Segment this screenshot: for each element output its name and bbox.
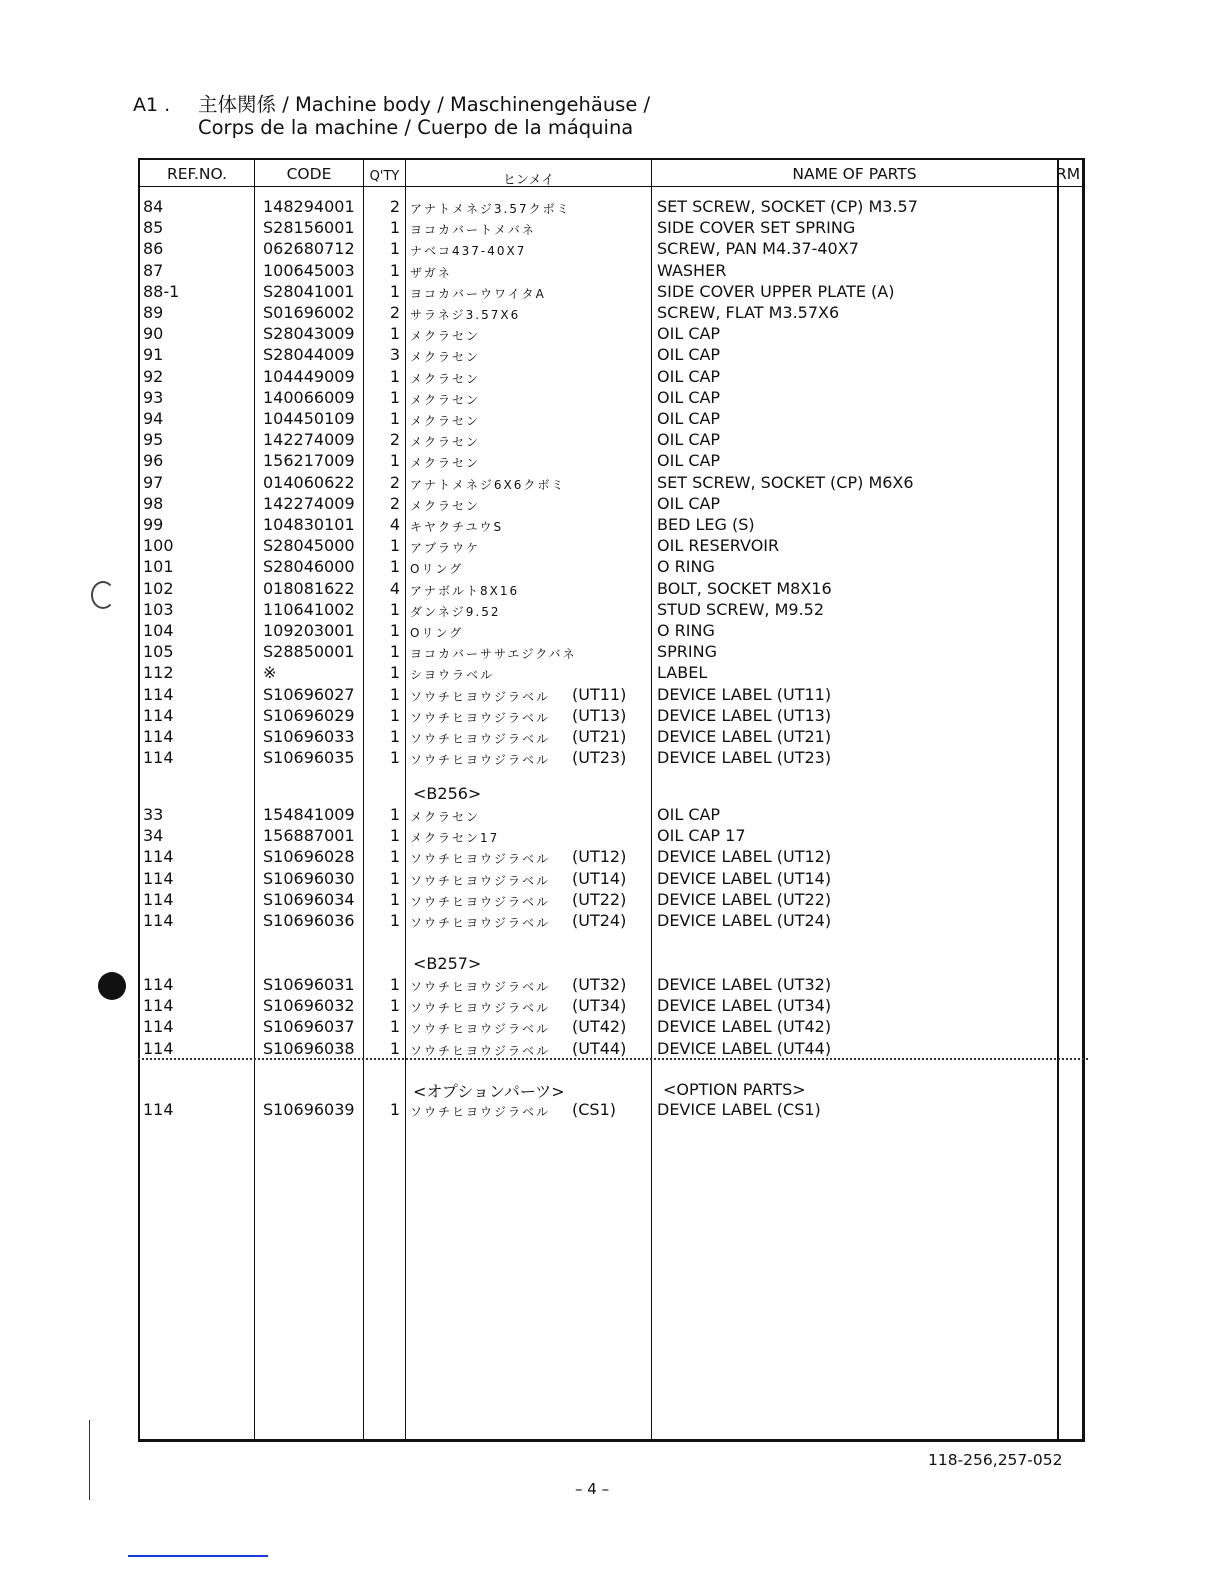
ref-no-cell: 101 — [143, 557, 174, 576]
part-name-cell: SET SCREW, SOCKET (CP) M3.57 — [657, 197, 918, 216]
kana-name-cell: キヤクチユウS — [410, 518, 503, 535]
ref-no-cell: 90 — [143, 324, 163, 343]
part-name-cell: DEVICE LABEL (CS1) — [657, 1100, 821, 1119]
kana-name-cell: ダンネジ9.52 — [410, 603, 500, 620]
kana-name-cell: ソウチヒヨウジラベル(CS1) — [410, 1103, 550, 1120]
code-cell: S28046000 — [263, 557, 355, 576]
code-cell: 140066009 — [263, 388, 355, 407]
part-name-cell: SIDE COVER UPPER PLATE (A) — [657, 282, 894, 301]
qty-cell: 1 — [366, 975, 400, 994]
code-cell: 142274009 — [263, 494, 355, 513]
model-suffix: (UT13) — [572, 706, 626, 725]
code-cell: S10696028 — [263, 847, 355, 866]
ref-no-cell: 89 — [143, 303, 163, 322]
ref-no-cell: 114 — [143, 1039, 174, 1058]
dotted-separator — [138, 1058, 1088, 1060]
qty-cell: 3 — [366, 345, 400, 364]
qty-cell: 1 — [366, 685, 400, 704]
ref-no-cell: 95 — [143, 430, 163, 449]
model-suffix: (UT11) — [572, 685, 626, 704]
header-rm: RM — [1056, 165, 1086, 183]
section-label-option: <オプションパーツ> — [413, 1079, 565, 1102]
code-cell: S10696034 — [263, 890, 355, 909]
kana-name-cell: シヨウラベル — [410, 666, 494, 683]
column-divider — [651, 158, 652, 1442]
part-name-cell: SIDE COVER SET SPRING — [657, 218, 855, 237]
model-suffix: (UT34) — [572, 996, 626, 1015]
code-cell: 142274009 — [263, 430, 355, 449]
model-suffix: (UT12) — [572, 847, 626, 866]
ref-no-cell: 85 — [143, 218, 163, 237]
qty-cell: 1 — [366, 911, 400, 930]
qty-cell: 1 — [366, 621, 400, 640]
part-name-cell: OIL CAP — [657, 345, 720, 364]
part-name-cell: OIL CAP — [657, 324, 720, 343]
part-name-cell: OIL CAP — [657, 430, 720, 449]
part-name-cell: O RING — [657, 621, 715, 640]
code-cell: 014060622 — [263, 473, 355, 492]
part-name-cell: DEVICE LABEL (UT22) — [657, 890, 831, 909]
ref-no-cell: 92 — [143, 367, 163, 386]
kana-name-cell: メクラセン — [410, 808, 480, 825]
kana-name-cell: ソウチヒヨウジラベル(UT11) — [410, 688, 550, 705]
kana-name-cell: サラネジ3.57X6 — [410, 306, 520, 323]
ref-no-cell: 33 — [143, 805, 163, 824]
qty-cell: 1 — [366, 451, 400, 470]
kana-name-cell: ソウチヒヨウジラベル(UT32) — [410, 978, 550, 995]
margin-line — [89, 1420, 90, 1500]
ref-no-cell: 34 — [143, 826, 163, 845]
kana-name-cell: ソウチヒヨウジラベル(UT12) — [410, 850, 550, 867]
model-suffix: (UT21) — [572, 727, 626, 746]
rm-column — [1057, 158, 1085, 1442]
header-ref-no: REF.NO. — [140, 165, 254, 183]
qty-cell: 1 — [366, 642, 400, 661]
qty-cell: 1 — [366, 826, 400, 845]
code-cell: S01696002 — [263, 303, 355, 322]
part-name-cell: BED LEG (S) — [657, 515, 755, 534]
part-name-cell: DEVICE LABEL (UT14) — [657, 869, 831, 888]
part-name-cell: SPRING — [657, 642, 717, 661]
ref-no-cell: 84 — [143, 197, 163, 216]
column-divider — [363, 158, 364, 1442]
code-cell: 104830101 — [263, 515, 355, 534]
kana-name-cell: ナベコ437-40X7 — [410, 242, 526, 259]
part-name-cell: DEVICE LABEL (UT12) — [657, 847, 831, 866]
header-kana: ヒンメイ — [406, 169, 651, 188]
header-qty: Q'TY — [364, 169, 405, 184]
code-cell: 109203001 — [263, 621, 355, 640]
qty-cell: 1 — [366, 367, 400, 386]
qty-cell: 1 — [366, 409, 400, 428]
qty-cell: 1 — [366, 239, 400, 258]
kana-name-cell: ソウチヒヨウジラベル(UT44) — [410, 1042, 550, 1059]
code-cell: 100645003 — [263, 261, 355, 280]
ref-no-cell: 103 — [143, 600, 174, 619]
kana-name-cell: ソウチヒヨウジラベル(UT42) — [410, 1020, 550, 1037]
code-cell: S10696037 — [263, 1017, 355, 1036]
code-cell: S10696035 — [263, 748, 355, 767]
code-cell: S28045000 — [263, 536, 355, 555]
ref-no-cell: 104 — [143, 621, 174, 640]
qty-cell: 4 — [366, 515, 400, 534]
kana-name-cell: ソウチヒヨウジラベル(UT21) — [410, 730, 550, 747]
part-name-cell: OIL CAP — [657, 494, 720, 513]
ref-no-cell: 87 — [143, 261, 163, 280]
ref-no-cell: 93 — [143, 388, 163, 407]
section-label-b256: <B256> — [413, 784, 481, 803]
kana-name-cell: メクラセン — [410, 433, 480, 450]
qty-cell: 1 — [366, 600, 400, 619]
code-cell: 154841009 — [263, 805, 355, 824]
qty-cell: 1 — [366, 388, 400, 407]
part-name-cell: DEVICE LABEL (UT34) — [657, 996, 831, 1015]
code-cell: S28041001 — [263, 282, 355, 301]
kana-name-cell: ソウチヒヨウジラベル(UT14) — [410, 872, 550, 889]
scan-edge-line — [128, 1555, 268, 1557]
kana-name-cell: アナトメネジ3.57クボミ — [410, 200, 571, 217]
kana-name-cell: メクラセン — [410, 327, 480, 344]
part-name-cell: SCREW, FLAT M3.57X6 — [657, 303, 839, 322]
code-cell: 148294001 — [263, 197, 355, 216]
qty-cell: 1 — [366, 847, 400, 866]
column-divider — [254, 158, 255, 1442]
qty-cell: 1 — [366, 261, 400, 280]
qty-cell: 1 — [366, 869, 400, 888]
ref-no-cell: 114 — [143, 847, 174, 866]
code-cell: S10696029 — [263, 706, 355, 725]
ref-no-cell: 114 — [143, 996, 174, 1015]
part-name-cell: DEVICE LABEL (UT24) — [657, 911, 831, 930]
model-suffix: (UT44) — [572, 1039, 626, 1058]
part-name-cell: LABEL — [657, 663, 707, 682]
part-name-cell: DEVICE LABEL (UT23) — [657, 748, 831, 767]
kana-name-cell: ヨコカバートメバネ — [410, 221, 536, 238]
code-cell: S10696030 — [263, 869, 355, 888]
kana-name-cell: メクラセン — [410, 412, 480, 429]
qty-cell: 1 — [366, 1017, 400, 1036]
code-cell: 156217009 — [263, 451, 355, 470]
kana-name-cell: ヨコカバーササエジクバネ — [410, 645, 577, 662]
kana-name-cell: メクラセン17 — [410, 829, 499, 846]
page-title-line-2: Corps de la machine / Cuerpo de la máqui… — [198, 116, 633, 139]
ref-no-cell: 97 — [143, 473, 163, 492]
model-suffix: (UT22) — [572, 890, 626, 909]
qty-cell: 1 — [366, 748, 400, 767]
binder-hole-icon — [91, 581, 115, 609]
qty-cell: 1 — [366, 805, 400, 824]
part-name-cell: OIL CAP — [657, 409, 720, 428]
kana-name-cell: メクラセン — [410, 454, 480, 471]
page-title-line-1: 主体関係 / Machine body / Maschinengehäuse / — [198, 89, 650, 117]
ref-no-cell: 114 — [143, 685, 174, 704]
qty-cell: 4 — [366, 579, 400, 598]
page-number: – 4 – — [575, 1480, 609, 1498]
code-cell: S28850001 — [263, 642, 355, 661]
header-name-of-parts: NAME OF PARTS — [652, 165, 1057, 183]
section-label-b257: <B257> — [413, 954, 481, 973]
qty-cell: 1 — [366, 324, 400, 343]
code-cell: 062680712 — [263, 239, 355, 258]
document-code: 118-256,257-052 — [928, 1451, 1062, 1469]
qty-cell: 1 — [366, 890, 400, 909]
part-name-cell: DEVICE LABEL (UT13) — [657, 706, 831, 725]
model-suffix: (UT42) — [572, 1017, 626, 1036]
kana-name-cell: メクラセン — [410, 348, 480, 365]
qty-cell: 1 — [366, 706, 400, 725]
qty-cell: 1 — [366, 1100, 400, 1119]
code-cell: 156887001 — [263, 826, 355, 845]
kana-name-cell: ソウチヒヨウジラベル(UT23) — [410, 751, 550, 768]
kana-name-cell: ヨコカバーウワイタA — [410, 285, 546, 302]
qty-cell: 2 — [366, 303, 400, 322]
code-cell: 104450109 — [263, 409, 355, 428]
code-cell: S28156001 — [263, 218, 355, 237]
code-cell: S10696036 — [263, 911, 355, 930]
code-cell: 104449009 — [263, 367, 355, 386]
part-name-cell: STUD SCREW, M9.52 — [657, 600, 824, 619]
ref-no-cell: 96 — [143, 451, 163, 470]
kana-name-cell: メクラセン — [410, 370, 480, 387]
kana-name-cell: Oリング — [410, 624, 463, 641]
kana-name-cell: ソウチヒヨウジラベル(UT13) — [410, 709, 550, 726]
qty-cell: 1 — [366, 663, 400, 682]
code-cell: S10696038 — [263, 1039, 355, 1058]
qty-cell: 1 — [366, 218, 400, 237]
model-suffix: (UT23) — [572, 748, 626, 767]
code-cell: ※ — [263, 663, 276, 682]
qty-cell: 2 — [366, 494, 400, 513]
code-cell: S10696039 — [263, 1100, 355, 1119]
part-name-cell: O RING — [657, 557, 715, 576]
part-name-cell: SET SCREW, SOCKET (CP) M6X6 — [657, 473, 914, 492]
kana-name-cell: Oリング — [410, 560, 463, 577]
kana-name-cell: メクラセン — [410, 497, 480, 514]
qty-cell: 1 — [366, 282, 400, 301]
part-name-cell: BOLT, SOCKET M8X16 — [657, 579, 832, 598]
ref-no-cell: 114 — [143, 869, 174, 888]
part-name-cell: OIL CAP — [657, 805, 720, 824]
kana-name-cell: アナボルト8X16 — [410, 582, 519, 599]
model-suffix: (UT32) — [572, 975, 626, 994]
part-name-cell: WASHER — [657, 261, 726, 280]
code-cell: S28044009 — [263, 345, 355, 364]
kana-name-cell: アブラウケ — [410, 539, 480, 556]
kana-name-cell: ソウチヒヨウジラベル(UT22) — [410, 893, 550, 910]
qty-cell: 2 — [366, 197, 400, 216]
ref-no-cell: 114 — [143, 1017, 174, 1036]
code-cell: S10696033 — [263, 727, 355, 746]
kana-name-cell: ザガネ — [410, 264, 452, 281]
section-label-option-en: <OPTION PARTS> — [663, 1080, 806, 1099]
ref-no-cell: 105 — [143, 642, 174, 661]
qty-cell: 1 — [366, 557, 400, 576]
kana-name-cell: ソウチヒヨウジラベル(UT34) — [410, 999, 550, 1016]
part-name-cell: OIL CAP — [657, 367, 720, 386]
part-name-cell: DEVICE LABEL (UT32) — [657, 975, 831, 994]
ref-no-cell: 91 — [143, 345, 163, 364]
qty-cell: 1 — [366, 996, 400, 1015]
qty-cell: 2 — [366, 430, 400, 449]
header-code: CODE — [255, 165, 363, 183]
code-cell: S10696027 — [263, 685, 355, 704]
ref-no-cell: 114 — [143, 975, 174, 994]
model-suffix: (UT24) — [572, 911, 626, 930]
qty-cell: 2 — [366, 473, 400, 492]
ref-no-cell: 114 — [143, 748, 174, 767]
qty-cell: 1 — [366, 727, 400, 746]
ref-no-cell: 94 — [143, 409, 163, 428]
part-name-cell: OIL CAP — [657, 451, 720, 470]
part-name-cell: OIL RESERVOIR — [657, 536, 779, 555]
ref-no-cell: 99 — [143, 515, 163, 534]
model-suffix: (CS1) — [572, 1100, 616, 1119]
section-number: A1 . — [133, 94, 170, 116]
code-cell: S10696031 — [263, 975, 355, 994]
part-name-cell: DEVICE LABEL (UT21) — [657, 727, 831, 746]
ref-no-cell: 88-1 — [143, 282, 179, 301]
kana-name-cell: メクラセン — [410, 391, 480, 408]
code-cell: S28043009 — [263, 324, 355, 343]
part-name-cell: SCREW, PAN M4.37-40X7 — [657, 239, 859, 258]
ref-no-cell: 100 — [143, 536, 174, 555]
part-name-cell: OIL CAP 17 — [657, 826, 746, 845]
code-cell: S10696032 — [263, 996, 355, 1015]
ref-no-cell: 114 — [143, 706, 174, 725]
ref-no-cell: 102 — [143, 579, 174, 598]
binder-dot-icon — [98, 972, 126, 1000]
column-divider — [405, 158, 406, 1442]
qty-cell: 1 — [366, 536, 400, 555]
part-name-cell: OIL CAP — [657, 388, 720, 407]
code-cell: 110641002 — [263, 600, 355, 619]
code-cell: 018081622 — [263, 579, 355, 598]
part-name-cell: DEVICE LABEL (UT42) — [657, 1017, 831, 1036]
kana-name-cell: アナトメネジ6X6クボミ — [410, 476, 565, 493]
ref-no-cell: 114 — [143, 911, 174, 930]
ref-no-cell: 112 — [143, 663, 174, 682]
part-name-cell: DEVICE LABEL (UT44) — [657, 1039, 831, 1058]
model-suffix: (UT14) — [572, 869, 626, 888]
part-name-cell: DEVICE LABEL (UT11) — [657, 685, 831, 704]
kana-name-cell: ソウチヒヨウジラベル(UT24) — [410, 914, 550, 931]
ref-no-cell: 98 — [143, 494, 163, 513]
ref-no-cell: 86 — [143, 239, 163, 258]
ref-no-cell: 114 — [143, 890, 174, 909]
ref-no-cell: 114 — [143, 727, 174, 746]
ref-no-cell: 114 — [143, 1100, 174, 1119]
qty-cell: 1 — [366, 1039, 400, 1058]
